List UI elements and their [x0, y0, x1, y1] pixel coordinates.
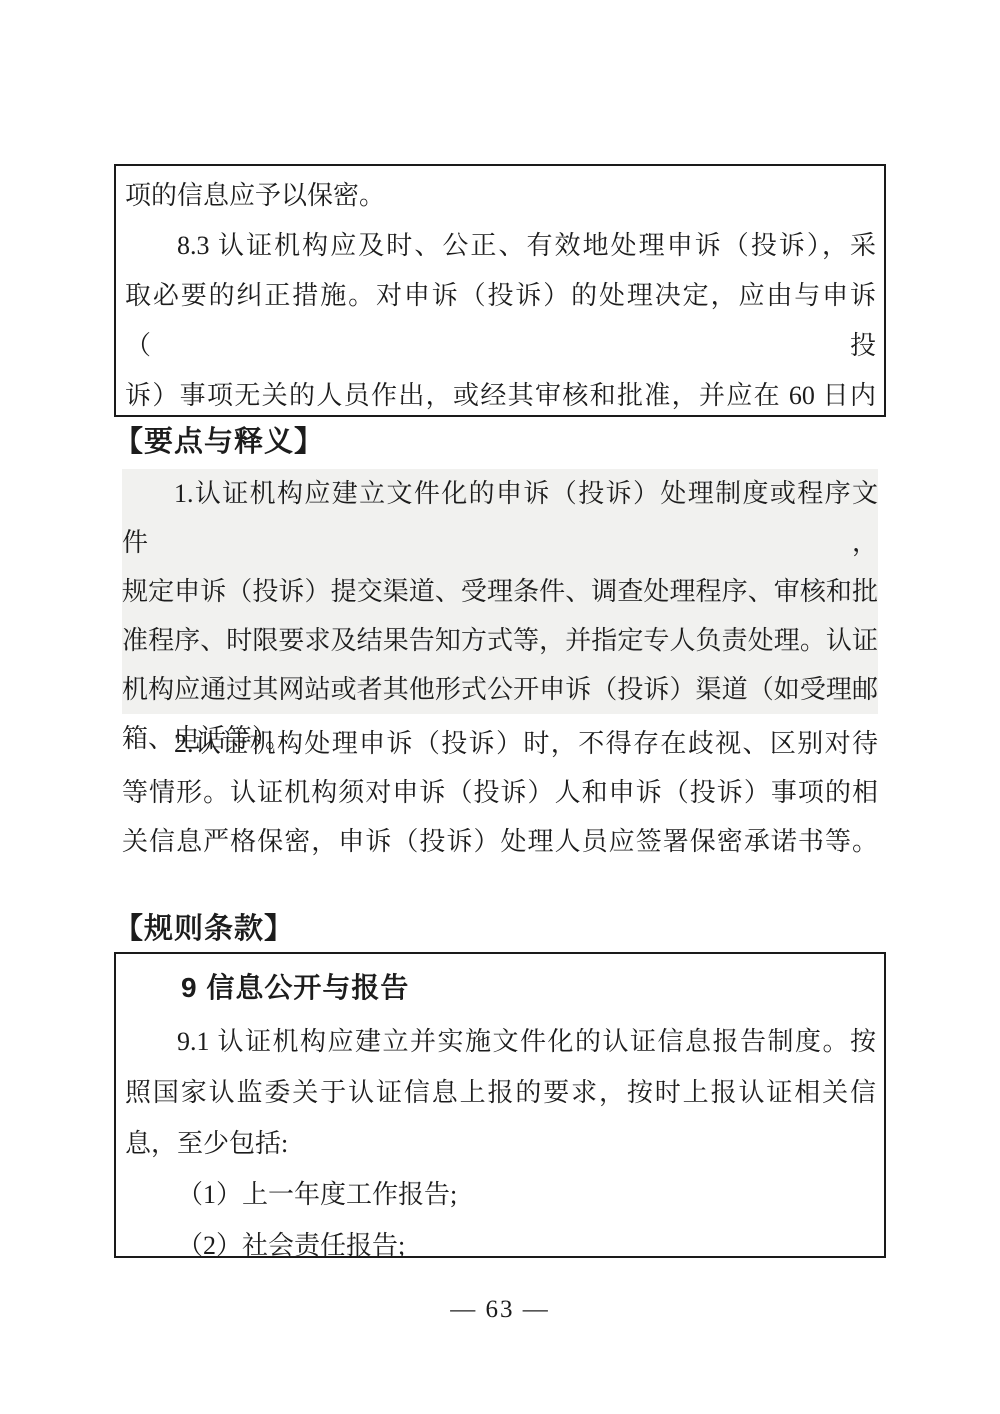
rule-box-line: 取必要的纠正措施。对申诉（投诉）的处理决定，应由与申诉（投: [125, 271, 876, 371]
page-number: — 63 —: [0, 1295, 1000, 1325]
clause-9-body: 9.1 认证机构应建立并实施文件化的认证信息报告制度。按 照国家认监委关于认证信…: [125, 1016, 876, 1258]
rule-box-list-item: （2）社会责任报告;: [125, 1220, 876, 1258]
paragraph-line: 规定申诉（投诉）提交渠道、受理条件、调查处理程序、审核和批: [122, 567, 878, 616]
document-page: 项的信息应予以保密。 8.3 认证机构应及时、公正、有效地处理申诉（投诉），采 …: [0, 0, 1000, 1414]
clause-9-heading: 9 信息公开与报告: [181, 968, 876, 1008]
key-points-paragraph-2: 2.认证机构处理申诉（投诉）时，不得存在歧视、区别对待 等情形。认证机构须对申诉…: [122, 719, 878, 866]
rule-box-list-item: （1）上一年度工作报告;: [125, 1169, 876, 1220]
paragraph-line: 2.认证机构处理申诉（投诉）时，不得存在歧视、区别对待: [122, 719, 878, 768]
section-heading-key-points: 【要点与释义】: [114, 424, 324, 460]
rule-box-line: 9.1 认证机构应建立并实施文件化的认证信息报告制度。按: [125, 1016, 876, 1067]
rule-box-clause-8: 项的信息应予以保密。 8.3 认证机构应及时、公正、有效地处理申诉（投诉），采 …: [114, 164, 886, 417]
rule-box-line: 项的信息应予以保密。: [125, 171, 876, 221]
paragraph-line: 等情形。认证机构须对申诉（投诉）人和申诉（投诉）事项的相: [122, 768, 878, 817]
rule-box-clause-9: 9 信息公开与报告 9.1 认证机构应建立并实施文件化的认证信息报告制度。按 照…: [114, 952, 886, 1258]
rule-box-line: 息，至少包括:: [125, 1118, 876, 1169]
paragraph-line: 关信息严格保密，申诉（投诉）处理人员应签署保密承诺书等。: [122, 817, 878, 866]
section-heading-rule-clauses: 【规则条款】: [114, 911, 294, 947]
paragraph-line: 准程序、时限要求及结果告知方式等，并指定专人负责处理。认证: [122, 616, 878, 665]
rule-box-line: 照国家认监委关于认证信息上报的要求，按时上报认证相关信: [125, 1067, 876, 1118]
paragraph-line: 1.认证机构应建立文件化的申诉（投诉）处理制度或程序文件，: [122, 469, 878, 567]
rule-box-line: 诉）事项无关的人员作出，或经其审核和批准，并应在 60 日内: [125, 371, 876, 417]
scan-shading-block: 1.认证机构应建立文件化的申诉（投诉）处理制度或程序文件， 规定申诉（投诉）提交…: [122, 469, 878, 714]
paragraph-line: 机构应通过其网站或者其他形式公开申诉（投诉）渠道（如受理邮: [122, 665, 878, 714]
rule-box-line: 8.3 认证机构应及时、公正、有效地处理申诉（投诉），采: [125, 221, 876, 271]
